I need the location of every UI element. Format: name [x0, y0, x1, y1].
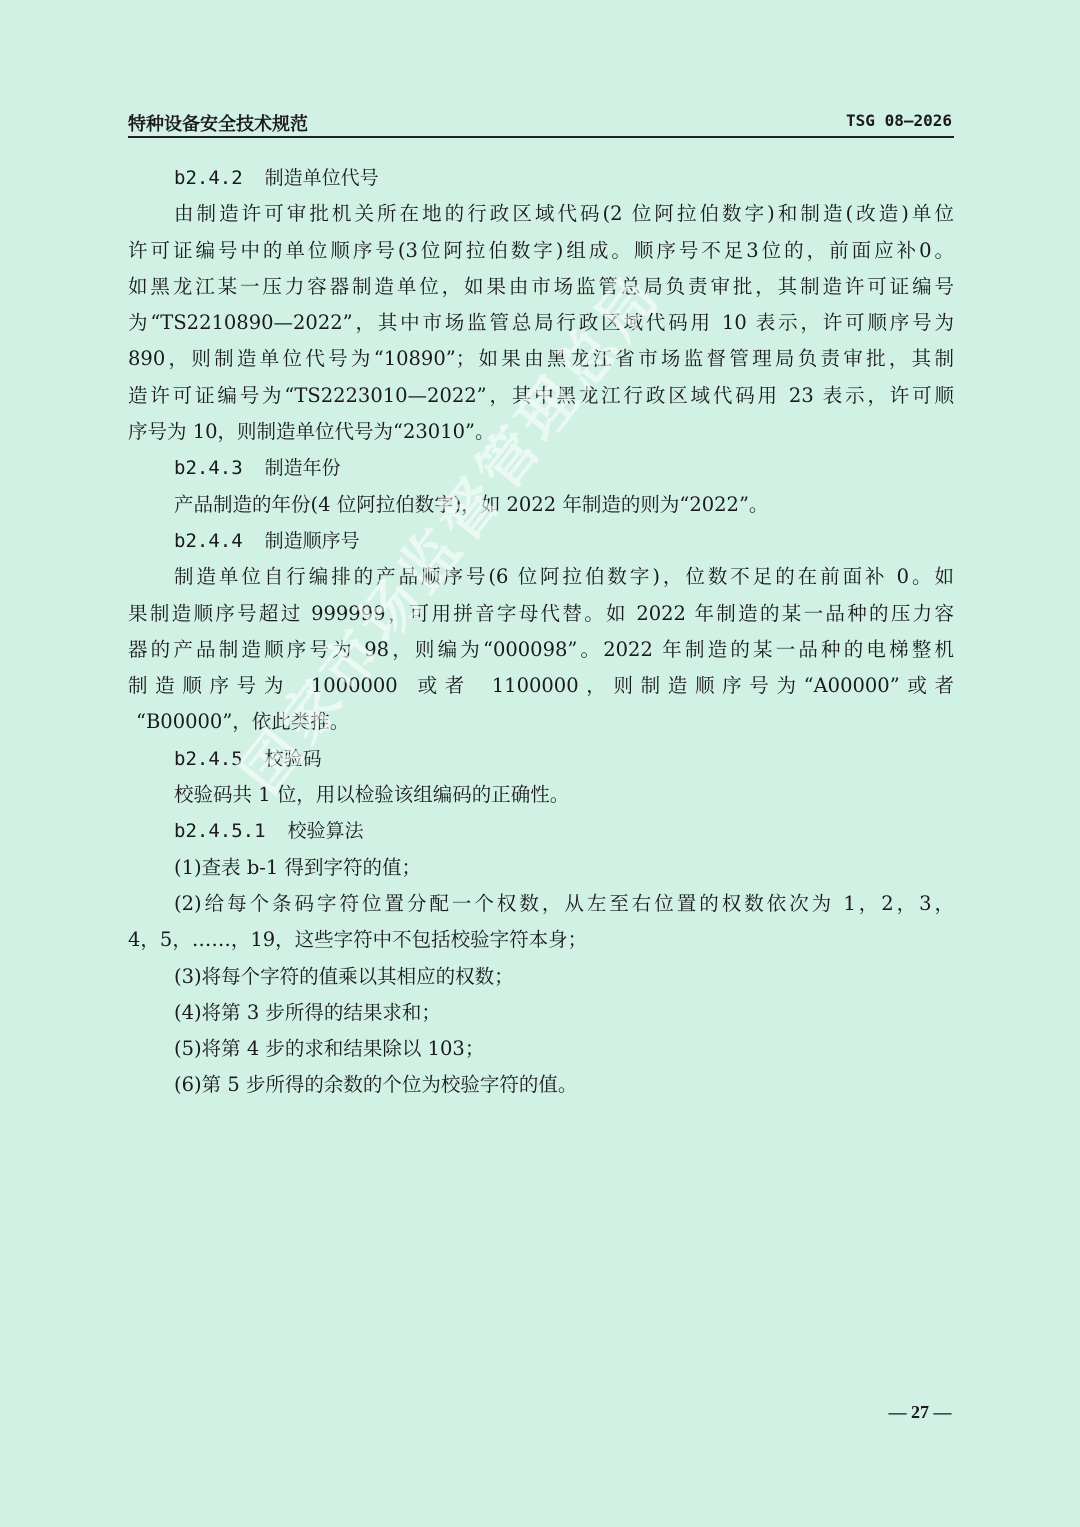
section-title: 校验算法 [288, 820, 364, 842]
algorithm-step: (6)第 5 步所得的余数的个位为校验字符的值。 [128, 1067, 954, 1103]
paragraph-line: 为“TS2210890—2022”，其中市场监管总局行政区域代码用 10 表示，… [128, 305, 954, 341]
section-heading-b244: b2.4.4制造顺序号 [128, 523, 954, 559]
section-number: b2.4.3 [174, 457, 243, 479]
algorithm-step: (4)将第 3 步所得的结果求和； [128, 995, 954, 1031]
algorithm-step: (1)查表 b-1 得到字符的值； [128, 850, 954, 886]
section-heading-b2451: b2.4.5.1校验算法 [128, 813, 954, 849]
section-title: 制造年份 [265, 457, 341, 479]
paragraph-line: 器的产品制造顺序号为 98，则编为“000098”。2022 年制造的某一品种的… [128, 632, 954, 668]
section-number: b2.4.5.1 [174, 820, 266, 842]
paragraph-line: 校验码共 1 位，用以检验该组编码的正确性。 [128, 777, 954, 813]
document-series-title: 特种设备安全技术规范 [128, 110, 308, 136]
section-title: 校验码 [265, 748, 322, 770]
document-code: TSG 08—2026 [846, 111, 952, 130]
paragraph-line: 果制造顺序号超过 999999，可用拼音字母代替。如 2022 年制造的某一品种… [128, 596, 954, 632]
paragraph-line: “B00000”，依此类推。 [128, 704, 954, 740]
section-heading-b245: b2.4.5校验码 [128, 741, 954, 777]
paragraph-line: 许可证编号中的单位顺序号(3位阿拉伯数字)组成。顺序号不足3位的，前面应补0。 [128, 233, 954, 269]
page-header: 特种设备安全技术规范 TSG 08—2026 [128, 108, 954, 138]
algorithm-step: (2)给每个条码字符位置分配一个权数，从左至右位置的权数依次为 1，2，3， [128, 886, 954, 922]
paragraph-line: 如黑龙江某一压力容器制造单位，如果由市场监管总局负责审批，其制造许可证编号 [128, 269, 954, 305]
algorithm-step-continuation: 4，5，……，19，这些字符中不包括校验字符本身； [128, 922, 954, 958]
page-body: b2.4.2制造单位代号 由制造许可审批机关所在地的行政区域代码(2 位阿拉伯数… [128, 160, 954, 1104]
algorithm-step: (5)将第 4 步的求和结果除以 103； [128, 1031, 954, 1067]
paragraph-line: 制造单位自行编排的产品顺序号(6 位阿拉伯数字)，位数不足的在前面补 0。如 [128, 559, 954, 595]
section-number: b2.4.2 [174, 167, 243, 189]
section-heading-b243: b2.4.3制造年份 [128, 450, 954, 486]
algorithm-step: (3)将每个字符的值乘以其相应的权数； [128, 959, 954, 995]
paragraph-line: 由制造许可审批机关所在地的行政区域代码(2 位阿拉伯数字)和制造(改造)单位 [128, 196, 954, 232]
section-title: 制造顺序号 [265, 530, 360, 552]
paragraph-line: 造许可证编号为“TS2223010—2022”，其中黑龙江行政区域代码用 23 … [128, 378, 954, 414]
paragraph-line: 890，则制造单位代号为“10890”；如果由黑龙江省市场监督管理局负责审批，其… [128, 341, 954, 377]
section-number: b2.4.4 [174, 530, 243, 552]
page-number: — 27 — [880, 1402, 960, 1423]
paragraph-line: 序号为 10，则制造单位代号为“23010”。 [128, 414, 954, 450]
section-heading-b242: b2.4.2制造单位代号 [128, 160, 954, 196]
section-number: b2.4.5 [174, 748, 243, 770]
paragraph-line: 产品制造的年份(4 位阿拉伯数字)，如 2022 年制造的则为“2022”。 [128, 487, 954, 523]
section-title: 制造单位代号 [265, 167, 379, 189]
paragraph-line: 制造顺序号为 1000000 或者 1100000，则制造顺序号为“A00000… [128, 668, 954, 704]
